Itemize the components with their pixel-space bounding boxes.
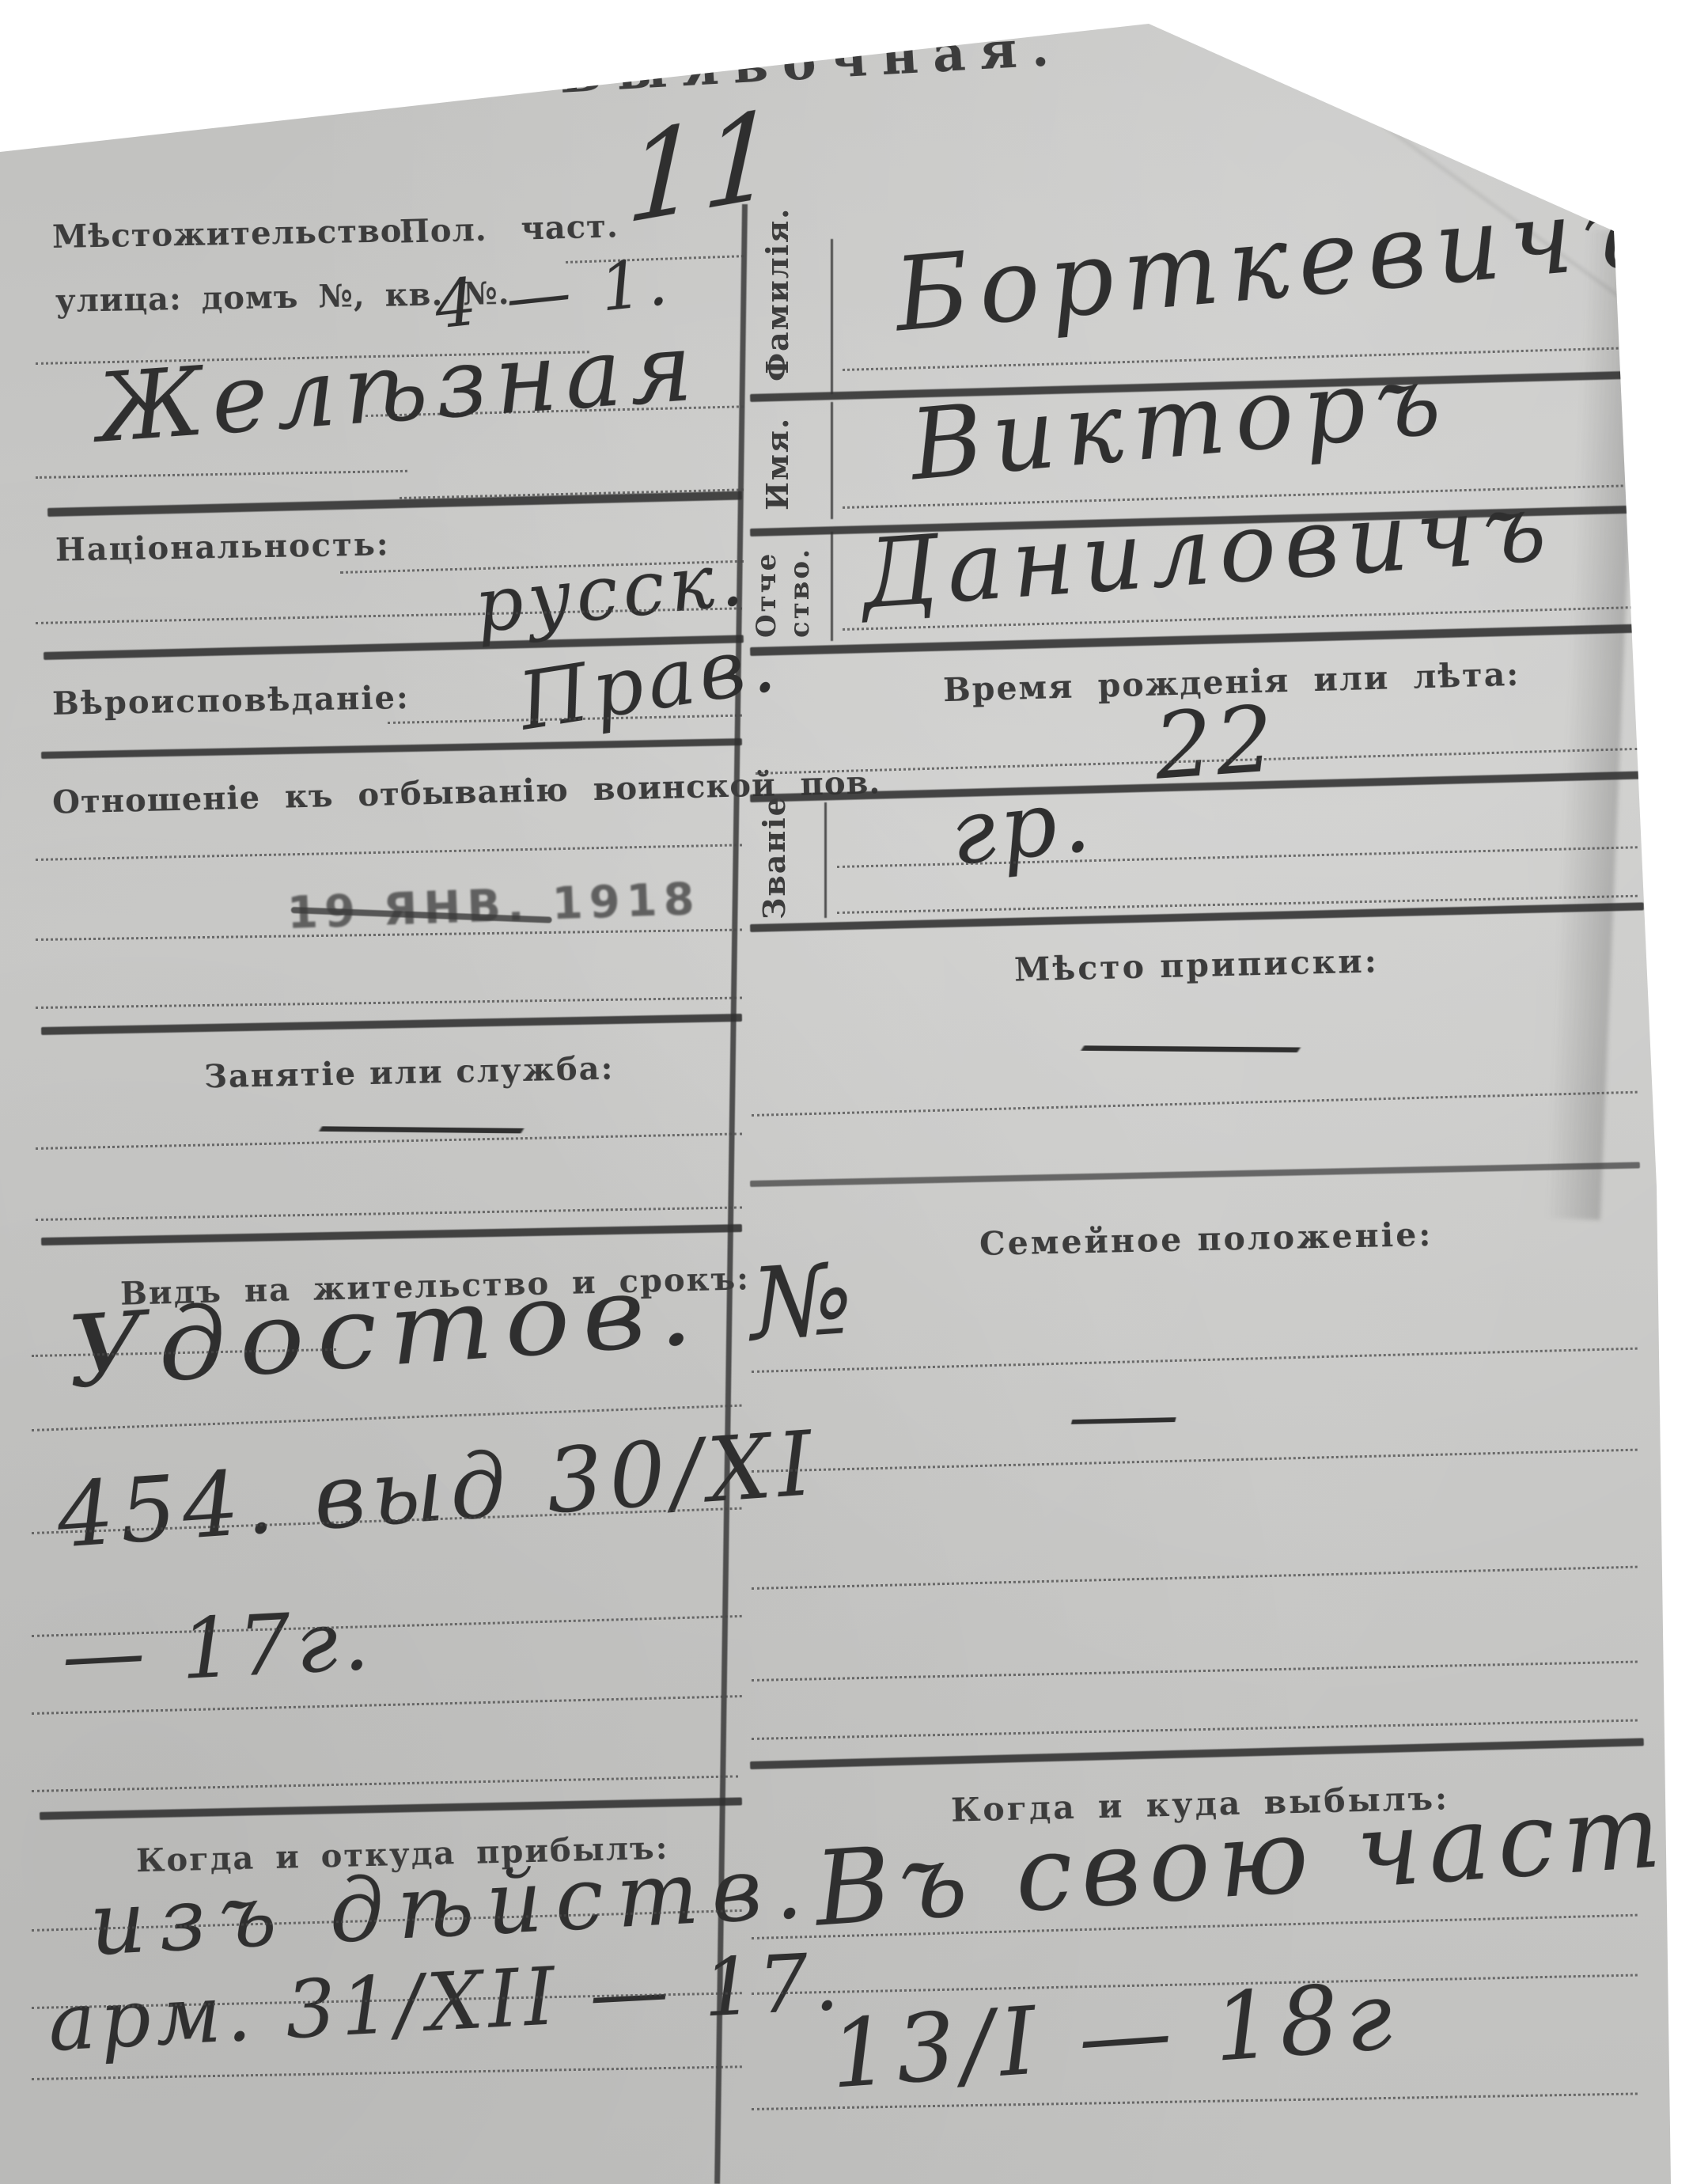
residence-label: Мѣстожительство: — [52, 212, 415, 256]
dotted-line — [36, 470, 407, 479]
first-name-label-separator — [831, 402, 833, 519]
section-rule — [750, 902, 1644, 932]
family-status-dash: — — [1064, 1373, 1190, 1458]
residence-sublabel: Пол. част. — [399, 207, 619, 250]
first-name-field-label: Имя. — [759, 417, 795, 510]
document-title: Выявочная. — [558, 17, 1065, 104]
departed-line2-handwriting: 13/I — 18г — [827, 1961, 1402, 2110]
residence-value-handwriting: 11 — [624, 84, 781, 252]
family-status-label: Семейное положеніе: — [979, 1215, 1434, 1263]
section-rule — [750, 1162, 1640, 1187]
section-rule — [41, 1224, 742, 1246]
section-rule — [41, 738, 742, 759]
dotted-line — [36, 844, 742, 861]
dotted-line — [36, 1206, 742, 1221]
religion-label: Вѣроисповѣданіе: — [52, 679, 411, 722]
registration-place-dash: — — [1069, 995, 1327, 1090]
rank-value-handwriting: гр. — [945, 768, 1099, 885]
dotted-line — [752, 1661, 1638, 1682]
dotted-line — [36, 997, 742, 1009]
permit-line2-handwriting: 454. выд 30/XI — [54, 1412, 822, 1568]
scanned-paper: Выявочная. Мѣстожительство: Пол. част. 1… — [0, 0, 1693, 2184]
patronymic-label-line1: Отче — [750, 547, 783, 638]
surname-label-separator — [831, 239, 833, 394]
section-rule — [47, 491, 742, 517]
permit-line1-handwriting: Удостов. № — [63, 1240, 869, 1410]
surname-field-label: Фамилія. — [759, 207, 795, 381]
street-name-handwriting: Желѣзная — [93, 313, 703, 464]
dotted-line — [32, 1775, 738, 1792]
occupation-value-dash: — — [308, 1076, 550, 1171]
patronymic-field-label: Отче ство. — [750, 547, 816, 638]
dotted-line — [752, 1566, 1638, 1590]
section-rule — [41, 1014, 742, 1035]
dotted-line — [752, 1449, 1638, 1473]
dotted-line — [752, 1091, 1638, 1117]
rank-field-label: Званіе — [756, 795, 792, 919]
nationality-label: Національность: — [55, 525, 390, 568]
section-rule — [40, 1797, 742, 1820]
patronymic-label-line2: ство. — [783, 547, 816, 638]
dotted-line — [752, 1348, 1638, 1373]
patronymic-label-separator — [831, 532, 833, 641]
section-rule — [750, 1738, 1644, 1769]
dotted-line — [752, 1720, 1638, 1740]
registration-place-label: Мѣсто приписки: — [1013, 942, 1379, 988]
surname-value-handwriting: Борткевичъ. — [890, 167, 1693, 355]
dotted-line — [32, 2065, 742, 2080]
rank-label-separator — [824, 802, 827, 918]
permit-line3-handwriting: — 17г. — [59, 1591, 376, 1704]
